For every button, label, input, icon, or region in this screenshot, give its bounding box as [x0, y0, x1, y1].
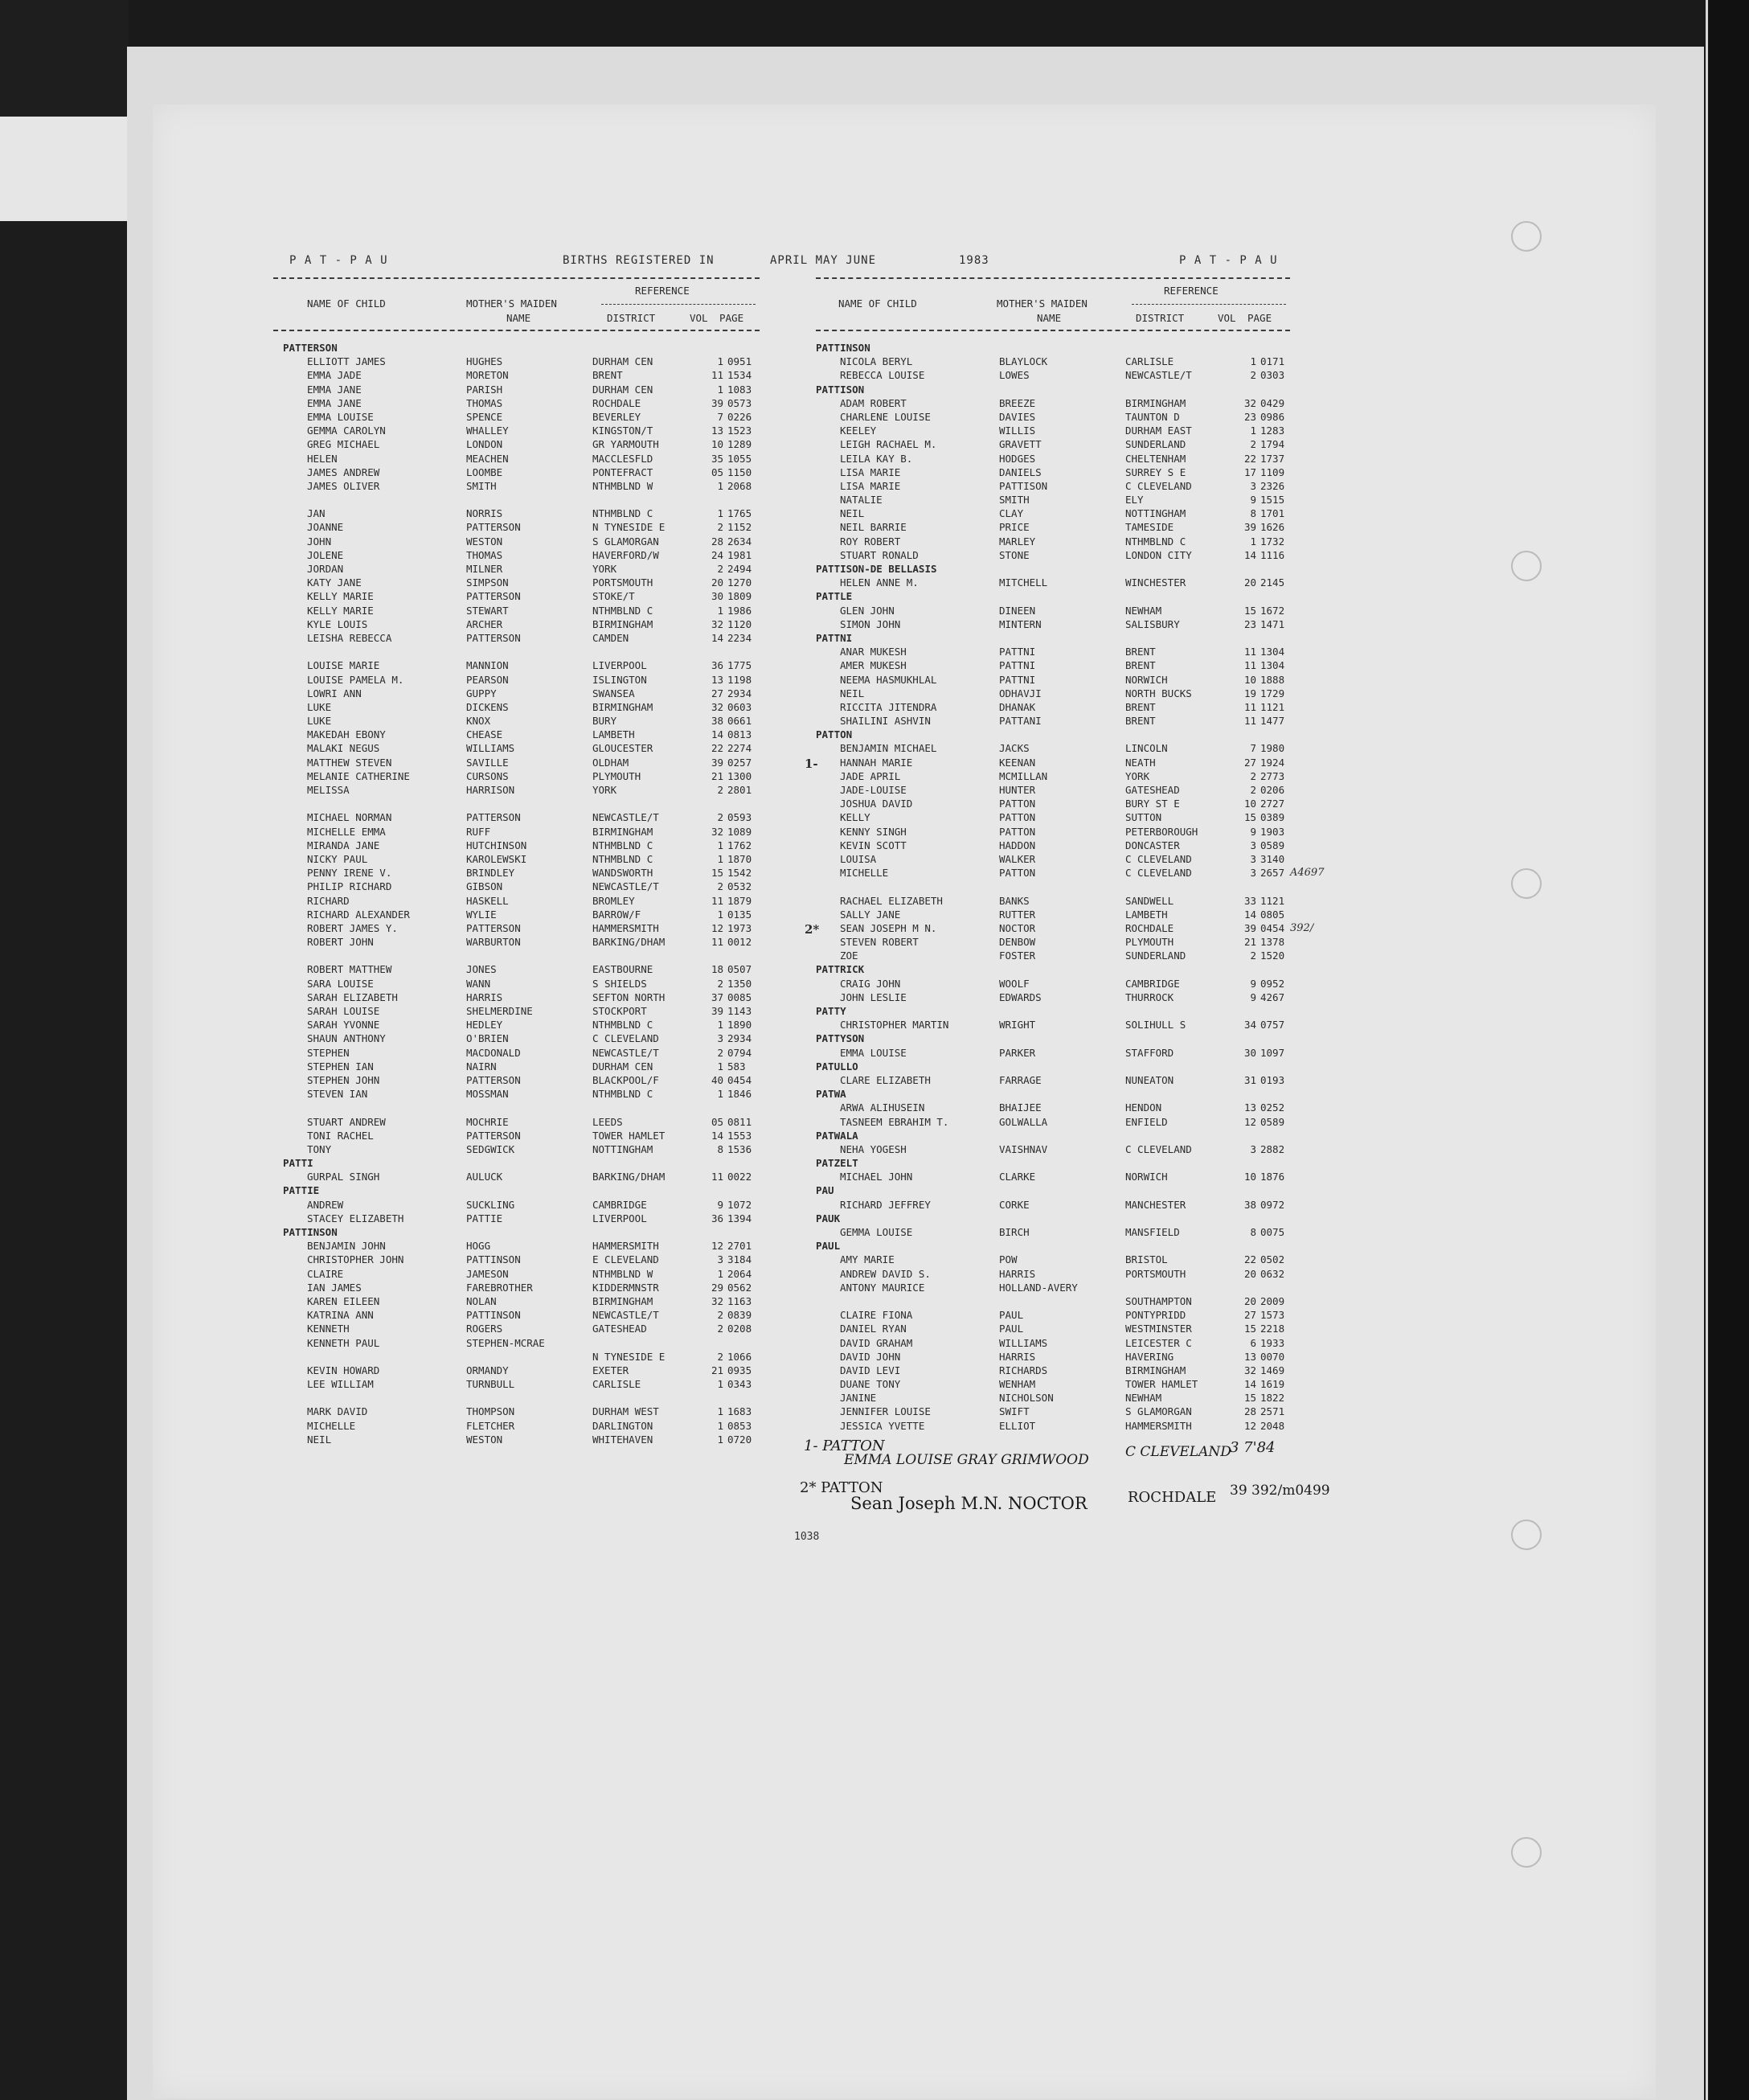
- mother-maiden-name: FLETCHER: [466, 1420, 514, 1432]
- page-ref: 0720: [727, 1433, 752, 1446]
- child-name: NEIL: [840, 687, 864, 699]
- volume: 32: [1240, 397, 1256, 409]
- volume: 12: [1240, 1420, 1256, 1432]
- volume: 30: [1240, 1047, 1256, 1059]
- scan-border: [0, 0, 129, 117]
- child-name: ROBERT JOHN: [307, 936, 374, 948]
- mother-maiden-name: STEWART: [466, 605, 509, 617]
- page-ref: 0389: [1260, 811, 1284, 823]
- volume: 13: [1240, 1351, 1256, 1363]
- punch-hole: [1511, 1520, 1542, 1550]
- page-ref: 1143: [727, 1005, 752, 1017]
- mother-maiden-name: HASKELL: [466, 895, 509, 907]
- mother-maiden-name: WRIGHT: [999, 1019, 1035, 1031]
- district: SEFTON NORTH: [592, 991, 665, 1003]
- mother-maiden-name: HARRIS: [999, 1268, 1035, 1280]
- volume: 2: [707, 811, 723, 823]
- index-range-right: P A T - P A U: [1179, 254, 1278, 267]
- district: ROCHDALE: [1125, 922, 1174, 934]
- district: BRENT: [1125, 701, 1156, 713]
- volume: 05: [707, 1116, 723, 1128]
- volume: 22: [1240, 453, 1256, 465]
- district: BRISTOL: [1125, 1253, 1168, 1265]
- child-name: KENNETH PAUL: [307, 1337, 379, 1349]
- district: WHITEHAVEN: [592, 1433, 653, 1446]
- district: NTHMBLND C: [592, 1088, 653, 1100]
- district: BIRMINGHAM: [592, 701, 653, 713]
- handwritten-note-district: ROCHDALE: [1128, 1489, 1216, 1506]
- page-ref: 0593: [727, 811, 752, 823]
- child-name: PENNY IRENE V.: [307, 867, 391, 879]
- district: N TYNESIDE E: [592, 1351, 665, 1363]
- child-name: JAN: [307, 507, 326, 519]
- district: NEWCASTLE/T: [592, 811, 659, 823]
- mother-maiden-name: DINEEN: [999, 605, 1035, 617]
- punch-hole: [1511, 551, 1542, 581]
- district: BRENT: [1125, 646, 1156, 658]
- mother-maiden-name: BIRCH: [999, 1226, 1030, 1238]
- mother-maiden-name: MINTERN: [999, 618, 1042, 630]
- volume: 2: [707, 880, 723, 892]
- page-ref: 1534: [727, 369, 752, 381]
- district: PORTSMOUTH: [1125, 1268, 1186, 1280]
- page-ref: 0070: [1260, 1351, 1284, 1363]
- page-ref: 1089: [727, 826, 752, 838]
- child-name: DAVID JOHN: [840, 1351, 900, 1363]
- district: HAMMERSMITH: [1125, 1420, 1192, 1432]
- volume: 2: [1240, 438, 1256, 450]
- mother-maiden-name: JACKS: [999, 742, 1030, 754]
- mother-maiden-name: HODGES: [999, 453, 1035, 465]
- district: TOWER HAMLET: [592, 1130, 665, 1142]
- child-name: NEHA YOGESH: [840, 1143, 907, 1155]
- child-name: GREG MICHAEL: [307, 438, 379, 450]
- volume: 28: [1240, 1405, 1256, 1417]
- child-name: HELEN ANNE M.: [840, 576, 919, 589]
- volume: 14: [707, 632, 723, 644]
- mother-maiden-name: PATTERSON: [466, 1074, 521, 1086]
- page-ref: 2234: [727, 632, 752, 644]
- surname: PATTI: [283, 1157, 313, 1169]
- child-name: JESSICA YVETTE: [840, 1420, 924, 1432]
- child-name: STACEY ELIZABETH: [307, 1212, 403, 1224]
- page-ref: 1619: [1260, 1378, 1284, 1390]
- district: GR YARMOUTH: [592, 438, 659, 450]
- child-name: BENJAMIN MICHAEL: [840, 742, 936, 754]
- child-name: JENNIFER LOUISE: [840, 1405, 931, 1417]
- volume: 23: [1240, 618, 1256, 630]
- mother-maiden-name: EDWARDS: [999, 991, 1042, 1003]
- child-name: SIMON JOHN: [840, 618, 900, 630]
- volume: 10: [1240, 674, 1256, 686]
- page-ref: 1072: [727, 1199, 752, 1211]
- mother-maiden-name: CURSONS: [466, 770, 509, 782]
- volume: 1: [707, 839, 723, 851]
- volume: 38: [1240, 1199, 1256, 1211]
- volume: 1: [707, 480, 723, 492]
- page-ref: 2494: [727, 563, 752, 575]
- mother-maiden-name: STONE: [999, 549, 1030, 561]
- child-name: JOHN LESLIE: [840, 991, 907, 1003]
- district: MANSFIELD: [1125, 1226, 1180, 1238]
- district: NORWICH: [1125, 674, 1168, 686]
- mother-maiden-name: CLAY: [999, 507, 1023, 519]
- mother-maiden-name: RUFF: [466, 826, 490, 838]
- volume: 29: [707, 1282, 723, 1294]
- district: BRENT: [1125, 715, 1156, 727]
- child-name: CLAIRE: [307, 1268, 343, 1280]
- district: BARKING/DHAM: [592, 936, 665, 948]
- punch-hole: [1511, 868, 1542, 899]
- mother-maiden-name: PARISH: [466, 383, 502, 396]
- child-name: JAMES OLIVER: [307, 480, 379, 492]
- volume: 7: [1240, 742, 1256, 754]
- page-ref: 1083: [727, 383, 752, 396]
- district: C CLEVELAND: [1125, 480, 1192, 492]
- mother-maiden-name: WALKER: [999, 853, 1035, 865]
- volume: 27: [1240, 757, 1256, 769]
- page-ref: 2882: [1260, 1143, 1284, 1155]
- child-name: KELLY: [840, 811, 870, 823]
- page-ref: 0206: [1260, 784, 1284, 796]
- district: WINCHESTER: [1125, 576, 1186, 589]
- district: NTHMBLND W: [592, 1268, 653, 1280]
- registration-year: 1983: [959, 254, 989, 267]
- district: NTHMBLND W: [592, 480, 653, 492]
- mother-maiden-name: PATTINSON: [466, 1253, 521, 1265]
- child-name: LUKE: [307, 701, 331, 713]
- page-ref: 0562: [727, 1282, 752, 1294]
- volume: 10: [1240, 798, 1256, 810]
- child-name: SARA LOUISE: [307, 978, 374, 990]
- page-ref: 1846: [727, 1088, 752, 1100]
- column-header-vol: VOL: [1218, 312, 1236, 324]
- volume: 1: [707, 853, 723, 865]
- child-name: EMMA LOUISE: [307, 411, 374, 423]
- child-name: CRAIG JOHN: [840, 978, 900, 990]
- page-ref: 2727: [1260, 798, 1284, 810]
- volume: 2: [1240, 950, 1256, 962]
- surname: PATTY: [816, 1005, 846, 1017]
- district: TAMESIDE: [1125, 521, 1174, 533]
- page-ref: 1066: [727, 1351, 752, 1363]
- column-header-reference: REFERENCE: [1164, 285, 1219, 297]
- child-name: KATY JANE: [307, 576, 362, 589]
- child-name: MICHELLE: [840, 867, 888, 879]
- mother-maiden-name: PATTERSON: [466, 521, 521, 533]
- page-ref: 0757: [1260, 1019, 1284, 1031]
- district: NEWCASTLE/T: [592, 880, 659, 892]
- child-name: JANINE: [840, 1392, 876, 1404]
- surname: PATTINSON: [283, 1226, 338, 1238]
- page-ref: 0085: [727, 991, 752, 1003]
- child-name: MICHAEL JOHN: [840, 1171, 912, 1183]
- district: N TYNESIDE E: [592, 521, 665, 533]
- district: GATESHEAD: [592, 1323, 647, 1335]
- district: BRENT: [1125, 659, 1156, 671]
- mother-maiden-name: NOCTOR: [999, 922, 1035, 934]
- district: NUNEATON: [1125, 1074, 1174, 1086]
- child-name: HELEN: [307, 453, 338, 465]
- child-name: GEMMA CAROLYN: [307, 425, 386, 437]
- surname: PATTERSON: [283, 342, 338, 354]
- volume: 1: [707, 605, 723, 617]
- child-name: EMMA JANE: [307, 397, 362, 409]
- volume: 11: [1240, 715, 1256, 727]
- mother-maiden-name: THOMAS: [466, 397, 502, 409]
- child-name: LOUISA: [840, 853, 876, 865]
- child-name: MICHELLE: [307, 1420, 355, 1432]
- page-ref: 1350: [727, 978, 752, 990]
- district: NORWICH: [1125, 1171, 1168, 1183]
- child-name: JOLENE: [307, 549, 343, 561]
- volume: 18: [707, 963, 723, 975]
- district: ROCHDALE: [592, 397, 641, 409]
- mother-maiden-name: PATTERSON: [466, 632, 521, 644]
- mother-maiden-name: PATTON: [999, 798, 1035, 810]
- page-ref: 1536: [727, 1143, 752, 1155]
- surname: PATWA: [816, 1088, 846, 1100]
- district: LONDON CITY: [1125, 549, 1192, 561]
- district: EXETER: [592, 1364, 629, 1376]
- district: MACCLESFLD: [592, 453, 653, 465]
- page-ref: 1304: [1260, 659, 1284, 671]
- district: THURROCK: [1125, 991, 1174, 1003]
- district: LEEDS: [592, 1116, 623, 1128]
- mother-maiden-name: HARRIS: [999, 1351, 1035, 1363]
- district: PLYMOUTH: [592, 770, 641, 782]
- volume: 2: [1240, 770, 1256, 782]
- child-name: GLEN JOHN: [840, 605, 895, 617]
- district: NTHMBLND C: [1125, 535, 1186, 548]
- district: NTHMBLND C: [592, 1019, 653, 1031]
- page-ref: 0075: [1260, 1226, 1284, 1238]
- child-name: SEAN JOSEPH M N.: [840, 922, 936, 934]
- district: ISLINGTON: [592, 674, 647, 686]
- page-number: 1038: [794, 1531, 819, 1543]
- district: SUTTON: [1125, 811, 1161, 823]
- page-ref: 1775: [727, 659, 752, 671]
- volume: 2: [707, 1047, 723, 1059]
- mother-maiden-name: HUGHES: [466, 355, 502, 367]
- district: YORK: [592, 784, 616, 796]
- district: DURHAM CEN: [592, 355, 653, 367]
- punch-hole: [1511, 1837, 1542, 1868]
- mother-maiden-name: POW: [999, 1253, 1018, 1265]
- child-name: SARAH ELIZABETH: [307, 991, 398, 1003]
- child-name: EMMA JADE: [307, 369, 362, 381]
- page-ref: 1300: [727, 770, 752, 782]
- child-name: MICHAEL NORMAN: [307, 811, 391, 823]
- child-name: GEMMA LOUISE: [840, 1226, 912, 1238]
- volume: 20: [1240, 576, 1256, 589]
- mother-maiden-name: SPENCE: [466, 411, 502, 423]
- volume: 14: [707, 1130, 723, 1142]
- district: NEWHAM: [1125, 605, 1161, 617]
- child-name: SARAH LOUISE: [307, 1005, 379, 1017]
- page-ref: 0952: [1260, 978, 1284, 990]
- district: SOLIHULL S: [1125, 1019, 1186, 1031]
- surname: PATWALA: [816, 1130, 858, 1142]
- column-header-district: DISTRICT: [607, 312, 655, 324]
- district: PONTEFRACT: [592, 466, 653, 478]
- page-ref: 0429: [1260, 397, 1284, 409]
- column-header-page: PAGE: [1247, 312, 1272, 324]
- volume: 34: [1240, 1019, 1256, 1031]
- page-ref: 1672: [1260, 605, 1284, 617]
- child-name: BENJAMIN JOHN: [307, 1240, 386, 1252]
- mother-maiden-name: GIBSON: [466, 880, 502, 892]
- mother-maiden-name: PATTERSON: [466, 1130, 521, 1142]
- district: STOCKPORT: [592, 1005, 647, 1017]
- child-name: KENNETH: [307, 1323, 350, 1335]
- volume: 10: [1240, 1171, 1256, 1183]
- mother-maiden-name: SEDGWICK: [466, 1143, 514, 1155]
- mother-maiden-name: LOWES: [999, 369, 1030, 381]
- child-name: ZOE: [840, 950, 858, 962]
- district: BARROW/F: [592, 908, 641, 921]
- surname: PAUK: [816, 1212, 840, 1224]
- page-ref: 0343: [727, 1378, 752, 1390]
- mother-maiden-name: FOSTER: [999, 950, 1035, 962]
- page-ref: 1986: [727, 605, 752, 617]
- page-ref: 2571: [1260, 1405, 1284, 1417]
- page-ref: 2218: [1260, 1323, 1284, 1335]
- volume: 1: [707, 1268, 723, 1280]
- page-ref: 1879: [727, 895, 752, 907]
- district: S GLAMORGAN: [1125, 1405, 1192, 1417]
- district: CAMBRIDGE: [1125, 978, 1180, 990]
- child-name: DAVID LEVI: [840, 1364, 900, 1376]
- page-ref: 2274: [727, 742, 752, 754]
- page-ref: 1888: [1260, 674, 1284, 686]
- volume: 14: [1240, 549, 1256, 561]
- child-name: JOANNE: [307, 521, 343, 533]
- mother-maiden-name: JAMESON: [466, 1268, 509, 1280]
- page-ref: 1163: [727, 1295, 752, 1307]
- district: NEATH: [1125, 757, 1156, 769]
- volume: 8: [707, 1143, 723, 1155]
- district: HAVERING: [1125, 1351, 1174, 1363]
- child-name: CLARE ELIZABETH: [840, 1074, 931, 1086]
- mother-maiden-name: BHAIJEE: [999, 1101, 1042, 1114]
- district: OLDHAM: [592, 757, 629, 769]
- mother-maiden-name: WILLIS: [999, 425, 1035, 437]
- district: HAVERFORD/W: [592, 549, 659, 561]
- child-name: PHILIP RICHARD: [307, 880, 391, 892]
- volume: 13: [707, 674, 723, 686]
- page-ref: 1198: [727, 674, 752, 686]
- district: NOTTINGHAM: [592, 1143, 653, 1155]
- district: LIVERPOOL: [592, 659, 647, 671]
- volume: 32: [707, 826, 723, 838]
- column-header-name: NAME OF CHILD: [838, 297, 917, 310]
- page-ref: 1523: [727, 425, 752, 437]
- page-ref: 0135: [727, 908, 752, 921]
- index-range-left: P A T - P A U: [289, 254, 388, 267]
- page-ref: 0986: [1260, 411, 1284, 423]
- child-name: LISA MARIE: [840, 466, 900, 478]
- volume: 19: [1240, 687, 1256, 699]
- mother-maiden-name: AULUCK: [466, 1171, 502, 1183]
- district: PONTYPRIDD: [1125, 1309, 1186, 1321]
- volume: 23: [1240, 411, 1256, 423]
- column-header-reference: REFERENCE: [635, 285, 690, 297]
- divider: [816, 330, 1290, 331]
- volume: 36: [707, 1212, 723, 1224]
- page-ref: 1471: [1260, 618, 1284, 630]
- volume: 39: [1240, 521, 1256, 533]
- mother-maiden-name: PATTNI: [999, 674, 1035, 686]
- volume: 15: [1240, 1323, 1256, 1335]
- page-ref: 2634: [727, 535, 752, 548]
- child-name: KELLY MARIE: [307, 590, 374, 602]
- volume: 1: [707, 507, 723, 519]
- page-ref: 0972: [1260, 1199, 1284, 1211]
- child-name: JORDAN: [307, 563, 343, 575]
- mother-maiden-name: WHALLEY: [466, 425, 509, 437]
- child-name: DAVID GRAHAM: [840, 1337, 912, 1349]
- mother-maiden-name: RICHARDS: [999, 1364, 1047, 1376]
- volume: 3: [1240, 853, 1256, 865]
- volume: 1: [1240, 355, 1256, 367]
- child-name: KEELEY: [840, 425, 876, 437]
- mother-maiden-name: LONDON: [466, 438, 502, 450]
- page-ref: 0012: [727, 936, 752, 948]
- child-name: DANIEL RYAN: [840, 1323, 907, 1335]
- mother-maiden-name: HOLLAND-AVERY: [999, 1282, 1078, 1294]
- page-ref: 1097: [1260, 1047, 1284, 1059]
- mother-maiden-name: ORMANDY: [466, 1364, 509, 1376]
- page-ref: 0532: [727, 880, 752, 892]
- volume: 9: [1240, 978, 1256, 990]
- handwritten-note-ref: 39 392/m0499: [1230, 1483, 1330, 1499]
- mother-maiden-name: DICKENS: [466, 701, 509, 713]
- district: EASTBOURNE: [592, 963, 653, 975]
- page-ref: 0805: [1260, 908, 1284, 921]
- child-name: KEVIN HOWARD: [307, 1364, 379, 1376]
- mother-maiden-name: PATTINSON: [466, 1309, 521, 1321]
- district: NEWCASTLE/T: [592, 1309, 659, 1321]
- page-ref: 3140: [1260, 853, 1284, 865]
- page-ref: 1469: [1260, 1364, 1284, 1376]
- handwritten-note-line: Sean Joseph M.N. NOCTOR: [850, 1494, 1087, 1513]
- child-name: CHRISTOPHER MARTIN: [840, 1019, 948, 1031]
- mother-maiden-name: HUNTER: [999, 784, 1035, 796]
- mother-maiden-name: PATTISON: [999, 480, 1047, 492]
- child-name: ADAM ROBERT: [840, 397, 907, 409]
- volume: 11: [1240, 701, 1256, 713]
- volume: 13: [1240, 1101, 1256, 1114]
- mother-maiden-name: CHEASE: [466, 728, 502, 740]
- district: BIRMINGHAM: [592, 826, 653, 838]
- district: PETERBOROUGH: [1125, 826, 1198, 838]
- volume: 1: [707, 1088, 723, 1100]
- page-ref: 1542: [727, 867, 752, 879]
- mother-maiden-name: GUPPY: [466, 687, 497, 699]
- district: NEWCASTLE/T: [592, 1047, 659, 1059]
- mother-maiden-name: ARCHER: [466, 618, 502, 630]
- page-ref: 1809: [727, 590, 752, 602]
- child-name: GURPAL SINGH: [307, 1171, 379, 1183]
- volume: 32: [1240, 1364, 1256, 1376]
- volume: 7: [707, 411, 723, 423]
- child-name: SHAILINI ASHVIN: [840, 715, 931, 727]
- volume: 3: [1240, 480, 1256, 492]
- district: GATESHEAD: [1125, 784, 1180, 796]
- district: KIDDERMNSTR: [592, 1282, 659, 1294]
- volume: 1: [707, 355, 723, 367]
